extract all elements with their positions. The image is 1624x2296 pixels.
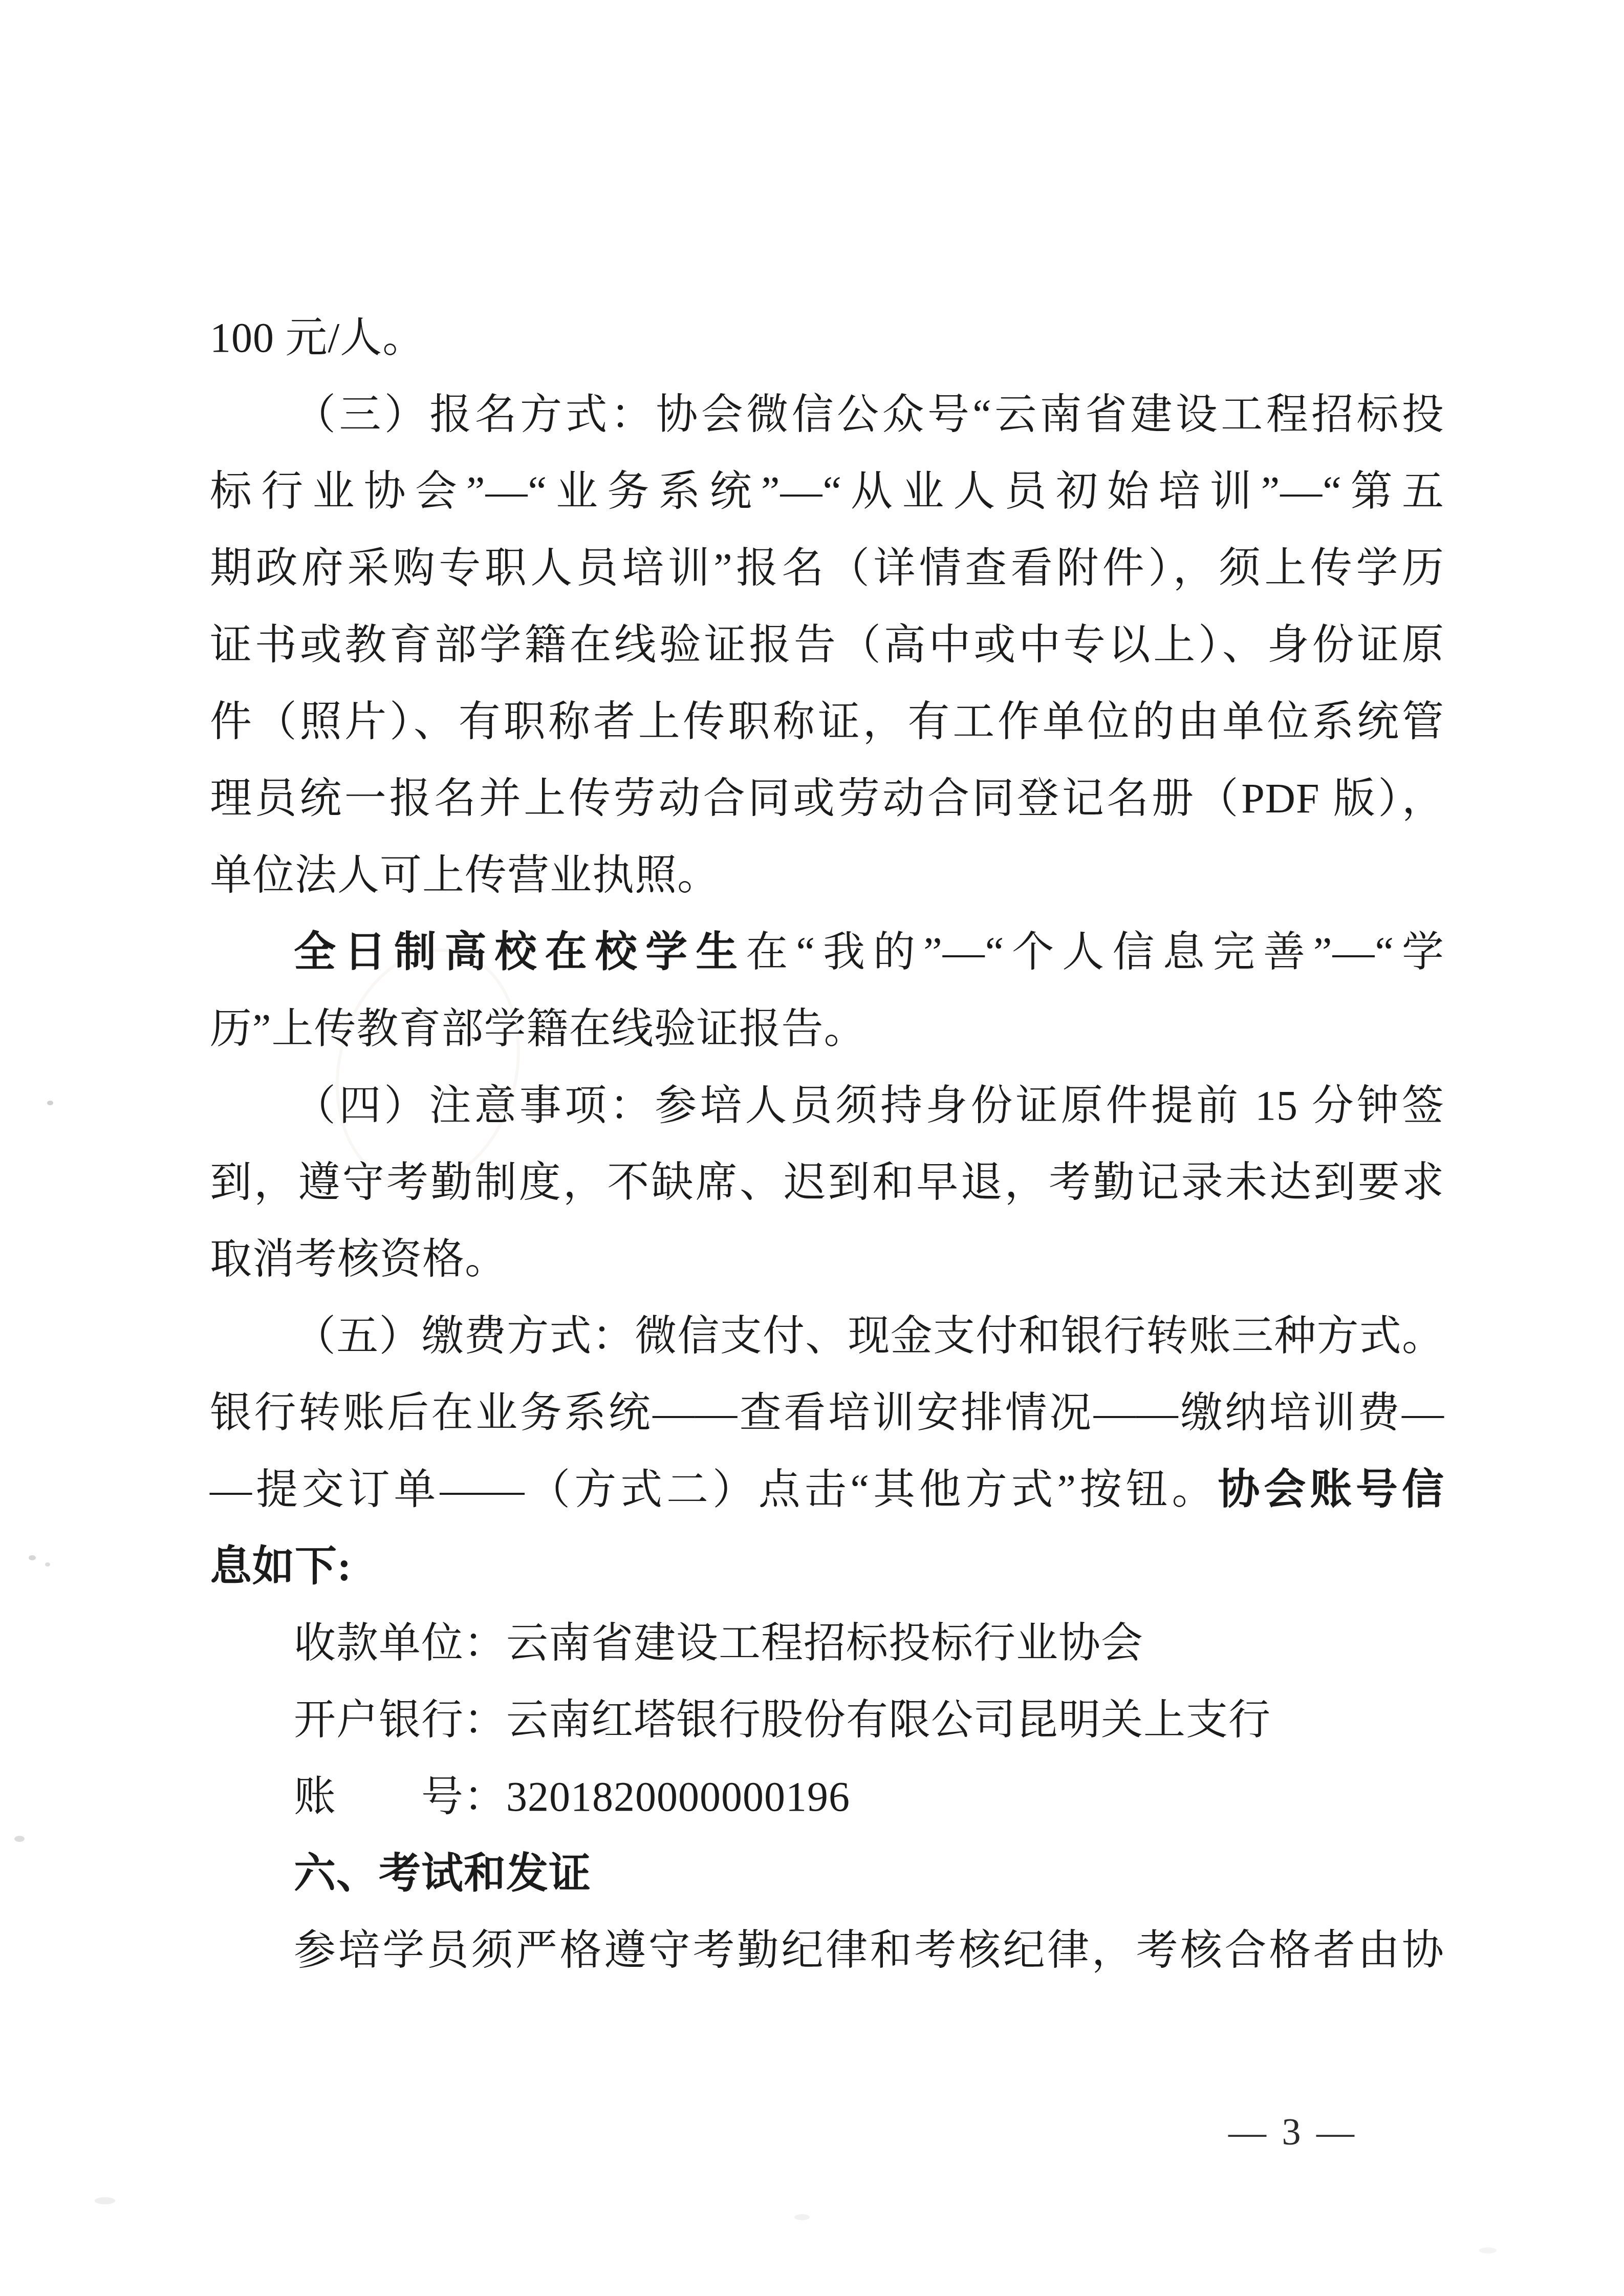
text-segment: 100 元/人。	[210, 314, 425, 361]
text-segment-bold: 全日制高校在校学生	[294, 929, 746, 975]
text-line: 证书或教育部学籍在线验证报告（高中或中专以上）、身份证原	[210, 607, 1444, 683]
text-segment: 账 号：3201820000000196	[294, 1773, 850, 1820]
text-segment: 单位法人可上传营业执照。	[210, 852, 720, 898]
text-segment: 参培学员须严格遵守考勤纪律和考核纪律，考核合格者由协	[294, 1927, 1444, 1973]
text-segment-bold: 息如下:	[210, 1543, 352, 1590]
text-segment: 开户银行：云南红塔银行股份有限公司昆明关上支行	[294, 1697, 1271, 1743]
text-line: 账 号：3201820000000196	[210, 1758, 1444, 1835]
scan-artifact	[794, 2214, 810, 2220]
text-line: 六、考试和发证	[210, 1835, 1444, 1912]
text-line: 开户银行：云南红塔银行股份有限公司昆明关上支行	[210, 1682, 1444, 1758]
text-line: —提交订单——（方式二）点击“其他方式”按钮。协会账号信	[210, 1451, 1444, 1528]
scan-artifact	[45, 1562, 50, 1567]
scan-artifact	[14, 1836, 25, 1842]
text-line: 标行业协会”—“业务系统”—“从业人员初始培训”—“第五	[210, 453, 1444, 530]
scan-artifact	[29, 1555, 36, 1560]
text-segment: 在“我的”—“个人信息完善”—“学	[746, 929, 1444, 975]
document-body: 100 元/人。（三）报名方式：协会微信公众号“云南省建设工程招标投标行业协会”…	[210, 299, 1444, 1989]
text-segment: 理员统一报名并上传劳动合同或劳动合同登记名册（PDF 版），	[210, 775, 1444, 822]
text-line: 期政府采购专职人员培训”报名（详情查看附件），须上传学历	[210, 530, 1444, 607]
text-segment-bold: 协会账号信	[1218, 1466, 1444, 1513]
text-segment: —提交订单——（方式二）点击“其他方式”按钮。	[210, 1466, 1218, 1513]
text-line: （三）报名方式：协会微信公众号“云南省建设工程招标投	[210, 376, 1444, 453]
text-line: 银行转账后在业务系统——查看培训安排情况——缴纳培训费—	[210, 1375, 1444, 1451]
text-line: 100 元/人。	[210, 299, 1444, 376]
text-segment: 银行转账后在业务系统——查看培训安排情况——缴纳培训费—	[210, 1389, 1444, 1436]
text-segment-bold: 六、考试和发证	[294, 1850, 591, 1897]
text-segment: 期政府采购专职人员培训”报名（详情查看附件），须上传学历	[210, 545, 1444, 591]
scanned-document-page: 100 元/人。（三）报名方式：协会微信公众号“云南省建设工程招标投标行业协会”…	[0, 0, 1624, 2296]
text-line: 参培学员须严格遵守考勤纪律和考核纪律，考核合格者由协	[210, 1912, 1444, 1989]
text-line: 件（照片）、有职称者上传职称证，有工作单位的由单位系统管	[210, 683, 1444, 760]
text-segment: 证书或教育部学籍在线验证报告（高中或中专以上）、身份证原	[210, 621, 1444, 668]
text-segment: 收款单位：云南省建设工程招标投标行业协会	[294, 1620, 1143, 1666]
text-line: 历”上传教育部学籍在线验证报告。	[210, 991, 1444, 1067]
text-segment: 取消考核资格。	[210, 1236, 507, 1282]
text-segment: （三）报名方式：协会微信公众号“云南省建设工程招标投	[294, 391, 1444, 438]
scan-artifact	[47, 1101, 53, 1105]
text-line: （四）注意事项：参培人员须持身份证原件提前 15 分钟签	[210, 1067, 1444, 1144]
text-segment: （五）缴费方式：微信支付、现金支付和银行转账三种方式。	[294, 1313, 1444, 1359]
text-segment: （四）注意事项：参培人员须持身份证原件提前 15 分钟签	[294, 1082, 1444, 1129]
scan-artifact	[1479, 2247, 1497, 2254]
text-segment: 到，遵守考勤制度，不缺席、迟到和早退，考勤记录未达到要求	[210, 1159, 1444, 1206]
text-line: 全日制高校在校学生在“我的”—“个人信息完善”—“学	[210, 914, 1444, 991]
text-line: 收款单位：云南省建设工程招标投标行业协会	[210, 1605, 1444, 1682]
text-line: 单位法人可上传营业执照。	[210, 837, 1444, 914]
text-line: 取消考核资格。	[210, 1221, 1444, 1298]
text-line: 息如下:	[210, 1528, 1444, 1605]
scan-artifact	[95, 2197, 115, 2204]
page-number: — 3 —	[1228, 2109, 1357, 2155]
text-segment: 标行业协会”—“业务系统”—“从业人员初始培训”—“第五	[210, 468, 1444, 514]
text-line: 理员统一报名并上传劳动合同或劳动合同登记名册（PDF 版），	[210, 760, 1444, 837]
text-line: 到，遵守考勤制度，不缺席、迟到和早退，考勤记录未达到要求	[210, 1144, 1444, 1221]
text-segment: 件（照片）、有职称者上传职称证，有工作单位的由单位系统管	[210, 698, 1444, 745]
text-segment: 历”上传教育部学籍在线验证报告。	[210, 1005, 866, 1052]
text-line: （五）缴费方式：微信支付、现金支付和银行转账三种方式。	[210, 1298, 1444, 1375]
